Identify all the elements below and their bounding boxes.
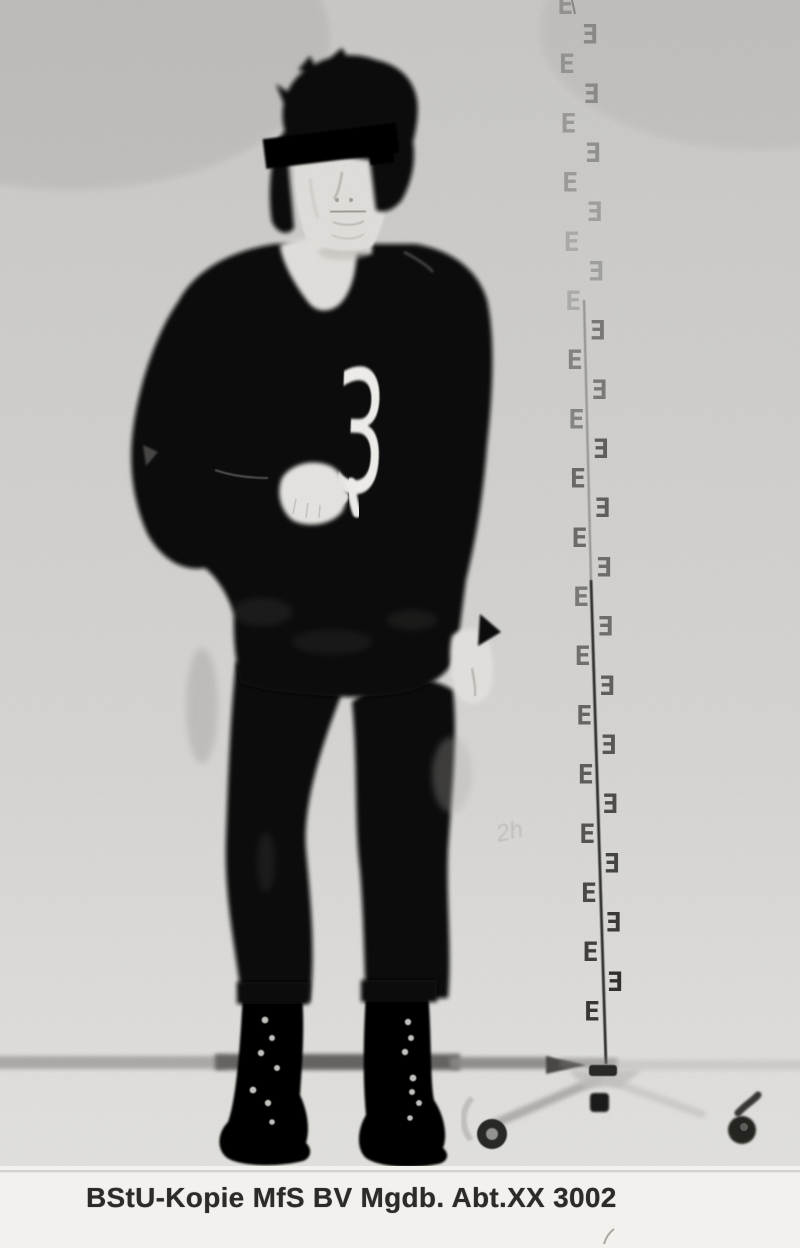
film-grain <box>0 0 800 1166</box>
caption: BStU-Kopie MfS BV Mgdb. Abt.XX 3002 <box>86 1182 617 1214</box>
archival-photograph: EEEEEEEEEEEEEEEEEEEEEEEEEEEEEEEEEEE 2h <box>0 0 800 1248</box>
photo-canvas: EEEEEEEEEEEEEEEEEEEEEEEEEEEEEEEEEEE 2h <box>0 0 800 1248</box>
print-edge-line <box>0 1170 800 1172</box>
caption-text: BStU-Kopie MfS BV Mgdb. Abt.XX 3002 <box>86 1182 617 1213</box>
